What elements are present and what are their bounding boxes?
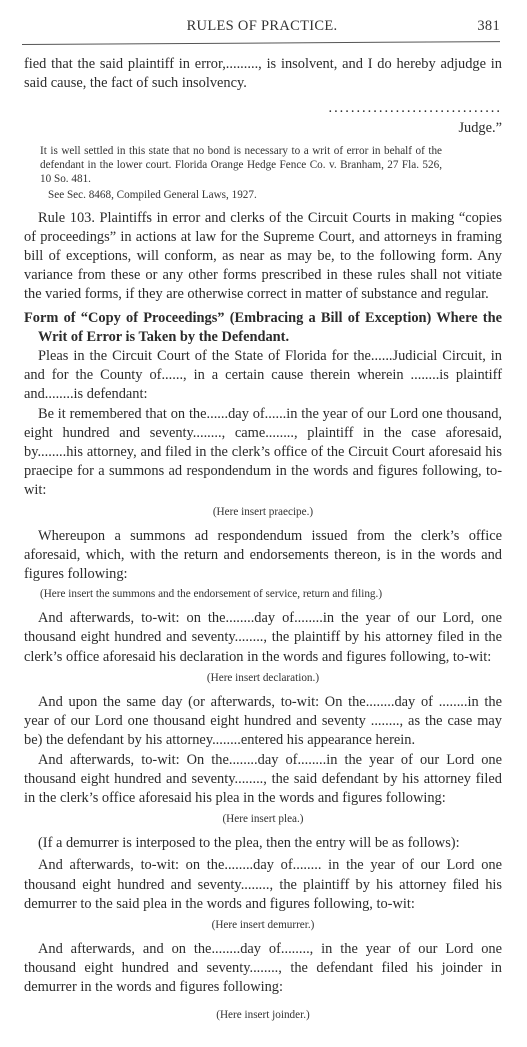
signature-dots: ............................... xyxy=(24,99,502,118)
page-number: 381 xyxy=(477,18,500,35)
body-text: fied that the said plaintiff in error,..… xyxy=(24,55,502,1030)
document-page: RULES OF PRACTICE. 381 fied that the sai… xyxy=(0,0,527,1047)
pleas-paragraph: Pleas in the Circuit Court of the State … xyxy=(24,347,502,405)
insert-demurrer-instruction: (Here insert demurrer.) xyxy=(24,918,502,932)
insert-plea-instruction: (Here insert plea.) xyxy=(24,812,502,826)
signature-label: Judge.” xyxy=(24,119,502,138)
rule-103-paragraph: Rule 103. Plaintiffs in error and clerks… xyxy=(24,209,502,305)
page-title: RULES OF PRACTICE. xyxy=(24,18,500,35)
continuation-paragraph: fied that the said plaintiff in error,..… xyxy=(24,55,502,93)
plea-paragraph: And afterwards, to-wit: On the........da… xyxy=(24,751,502,809)
insert-joinder-instruction: (Here insert joinder.) xyxy=(24,1008,502,1022)
appearance-paragraph: And upon the same day (or afterwards, to… xyxy=(24,693,502,751)
insert-summons-instruction: (Here insert the summons and the endorse… xyxy=(24,587,502,601)
joinder-paragraph: And afterwards, and on the........day of… xyxy=(24,940,502,998)
form-heading: Form of “Copy of Proceedings” (Embracing… xyxy=(24,309,502,347)
insert-declaration-instruction: (Here insert declaration.) xyxy=(24,671,502,685)
if-demurrer-paragraph: (If a demurrer is interposed to the plea… xyxy=(24,834,502,853)
declaration-paragraph: And afterwards, to-wit: on the........da… xyxy=(24,609,502,667)
annotation-note: It is well settled in this state that no… xyxy=(24,144,502,187)
insert-praecipe-instruction: (Here insert praecipe.) xyxy=(24,505,502,519)
remembered-paragraph: Be it remembered that on the......day of… xyxy=(24,405,502,501)
header-rule-divider xyxy=(22,41,500,45)
demurrer-paragraph: And afterwards, to-wit: on the........da… xyxy=(24,856,502,914)
whereupon-paragraph: Whereupon a summons ad respondendum issu… xyxy=(24,527,502,585)
running-head: RULES OF PRACTICE. 381 xyxy=(24,18,500,38)
annotation-see-also: See Sec. 8468, Compiled General Laws, 19… xyxy=(24,188,502,202)
